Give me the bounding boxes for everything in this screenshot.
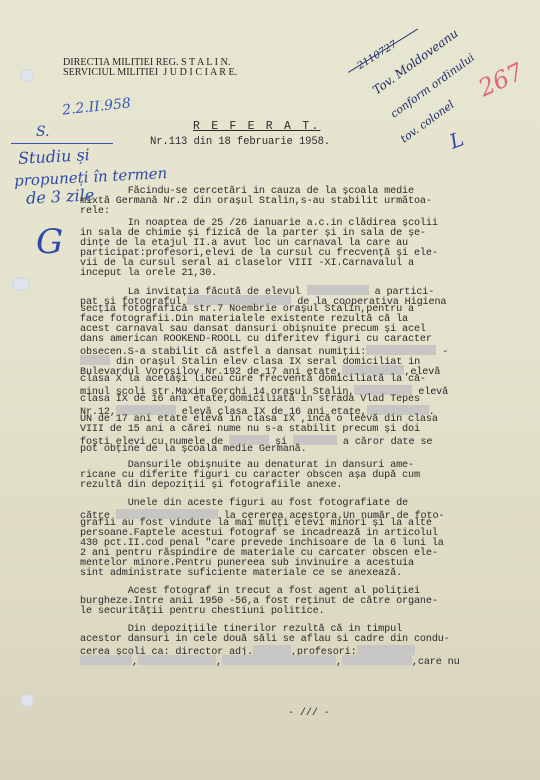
paragraph-3-line: dans american ROOKEND-ROOLL cu diferitev… [80,335,432,346]
left-signature: G [36,222,63,262]
paragraph-3-line: clasa IX de 16 ani etate,domiciliată in … [80,395,420,406]
punch-hole [20,69,34,82]
header-service: SERVICIUL MILITIEI J U D I C I A R E. [63,67,237,78]
redacted-name [80,355,110,365]
redacted-name [307,285,369,295]
redacted-name [366,345,436,355]
page-continuation-marker: - /// - [288,709,330,720]
redacted-name [342,655,412,665]
paragraph-2-line: inceput la orele 21,30. [80,269,217,280]
redacted-name [357,645,415,655]
redacted-name [253,645,291,655]
paragraph-5-line: Unele din aceste figuri au fost fotograf… [80,499,408,510]
paragraph-6-line: le securității pentru chestiuni politice… [80,607,325,618]
document-title: R E F E R A T. [193,122,320,133]
document-page: DIRECTIA MILITIEI REG. S T A L I N. SERV… [0,0,540,780]
handwritten-resolution-line1: Studiu și [18,145,91,168]
redacted-name [138,655,216,665]
punch-hole [12,277,30,291]
handwritten-note-line1: Tov. Moldoveanu [370,26,461,97]
redacted-name [80,655,132,665]
paragraph-4-line: rezultă din depoziții și fotografiile an… [80,481,342,492]
paragraph-3-line: VIII de 15 ani a cărei nume nu s-a stabi… [80,425,420,436]
paragraph-1-line: mixtă Germană Nr.2 din orașul Stalin,s-a… [80,197,432,208]
paragraph-3-line: clasa X la același liceu cure frecventă … [80,375,426,386]
handwritten-mark: S. [36,124,50,140]
top-right-signature: L [446,126,467,153]
punch-hole [20,694,34,707]
red-archive-number: 267 [474,58,527,103]
paragraph-1-line: rele: [80,207,110,218]
handwritten-date: 2.2.II.958 [61,95,131,118]
paragraph-3-line: pot obține de la școala medie Germană. [80,445,307,456]
handwritten-line [11,143,113,144]
document-number-date: Nr.113 din 18 februarie 1958. [150,137,330,148]
paragraph-7-line: acestor dansuri in cele două săli se afl… [80,635,450,646]
paragraph-7-line: ,,,,care nu [80,655,460,669]
redacted-name [222,655,336,665]
paragraph-5-line: sint administrate suficiente materiale c… [80,569,402,580]
